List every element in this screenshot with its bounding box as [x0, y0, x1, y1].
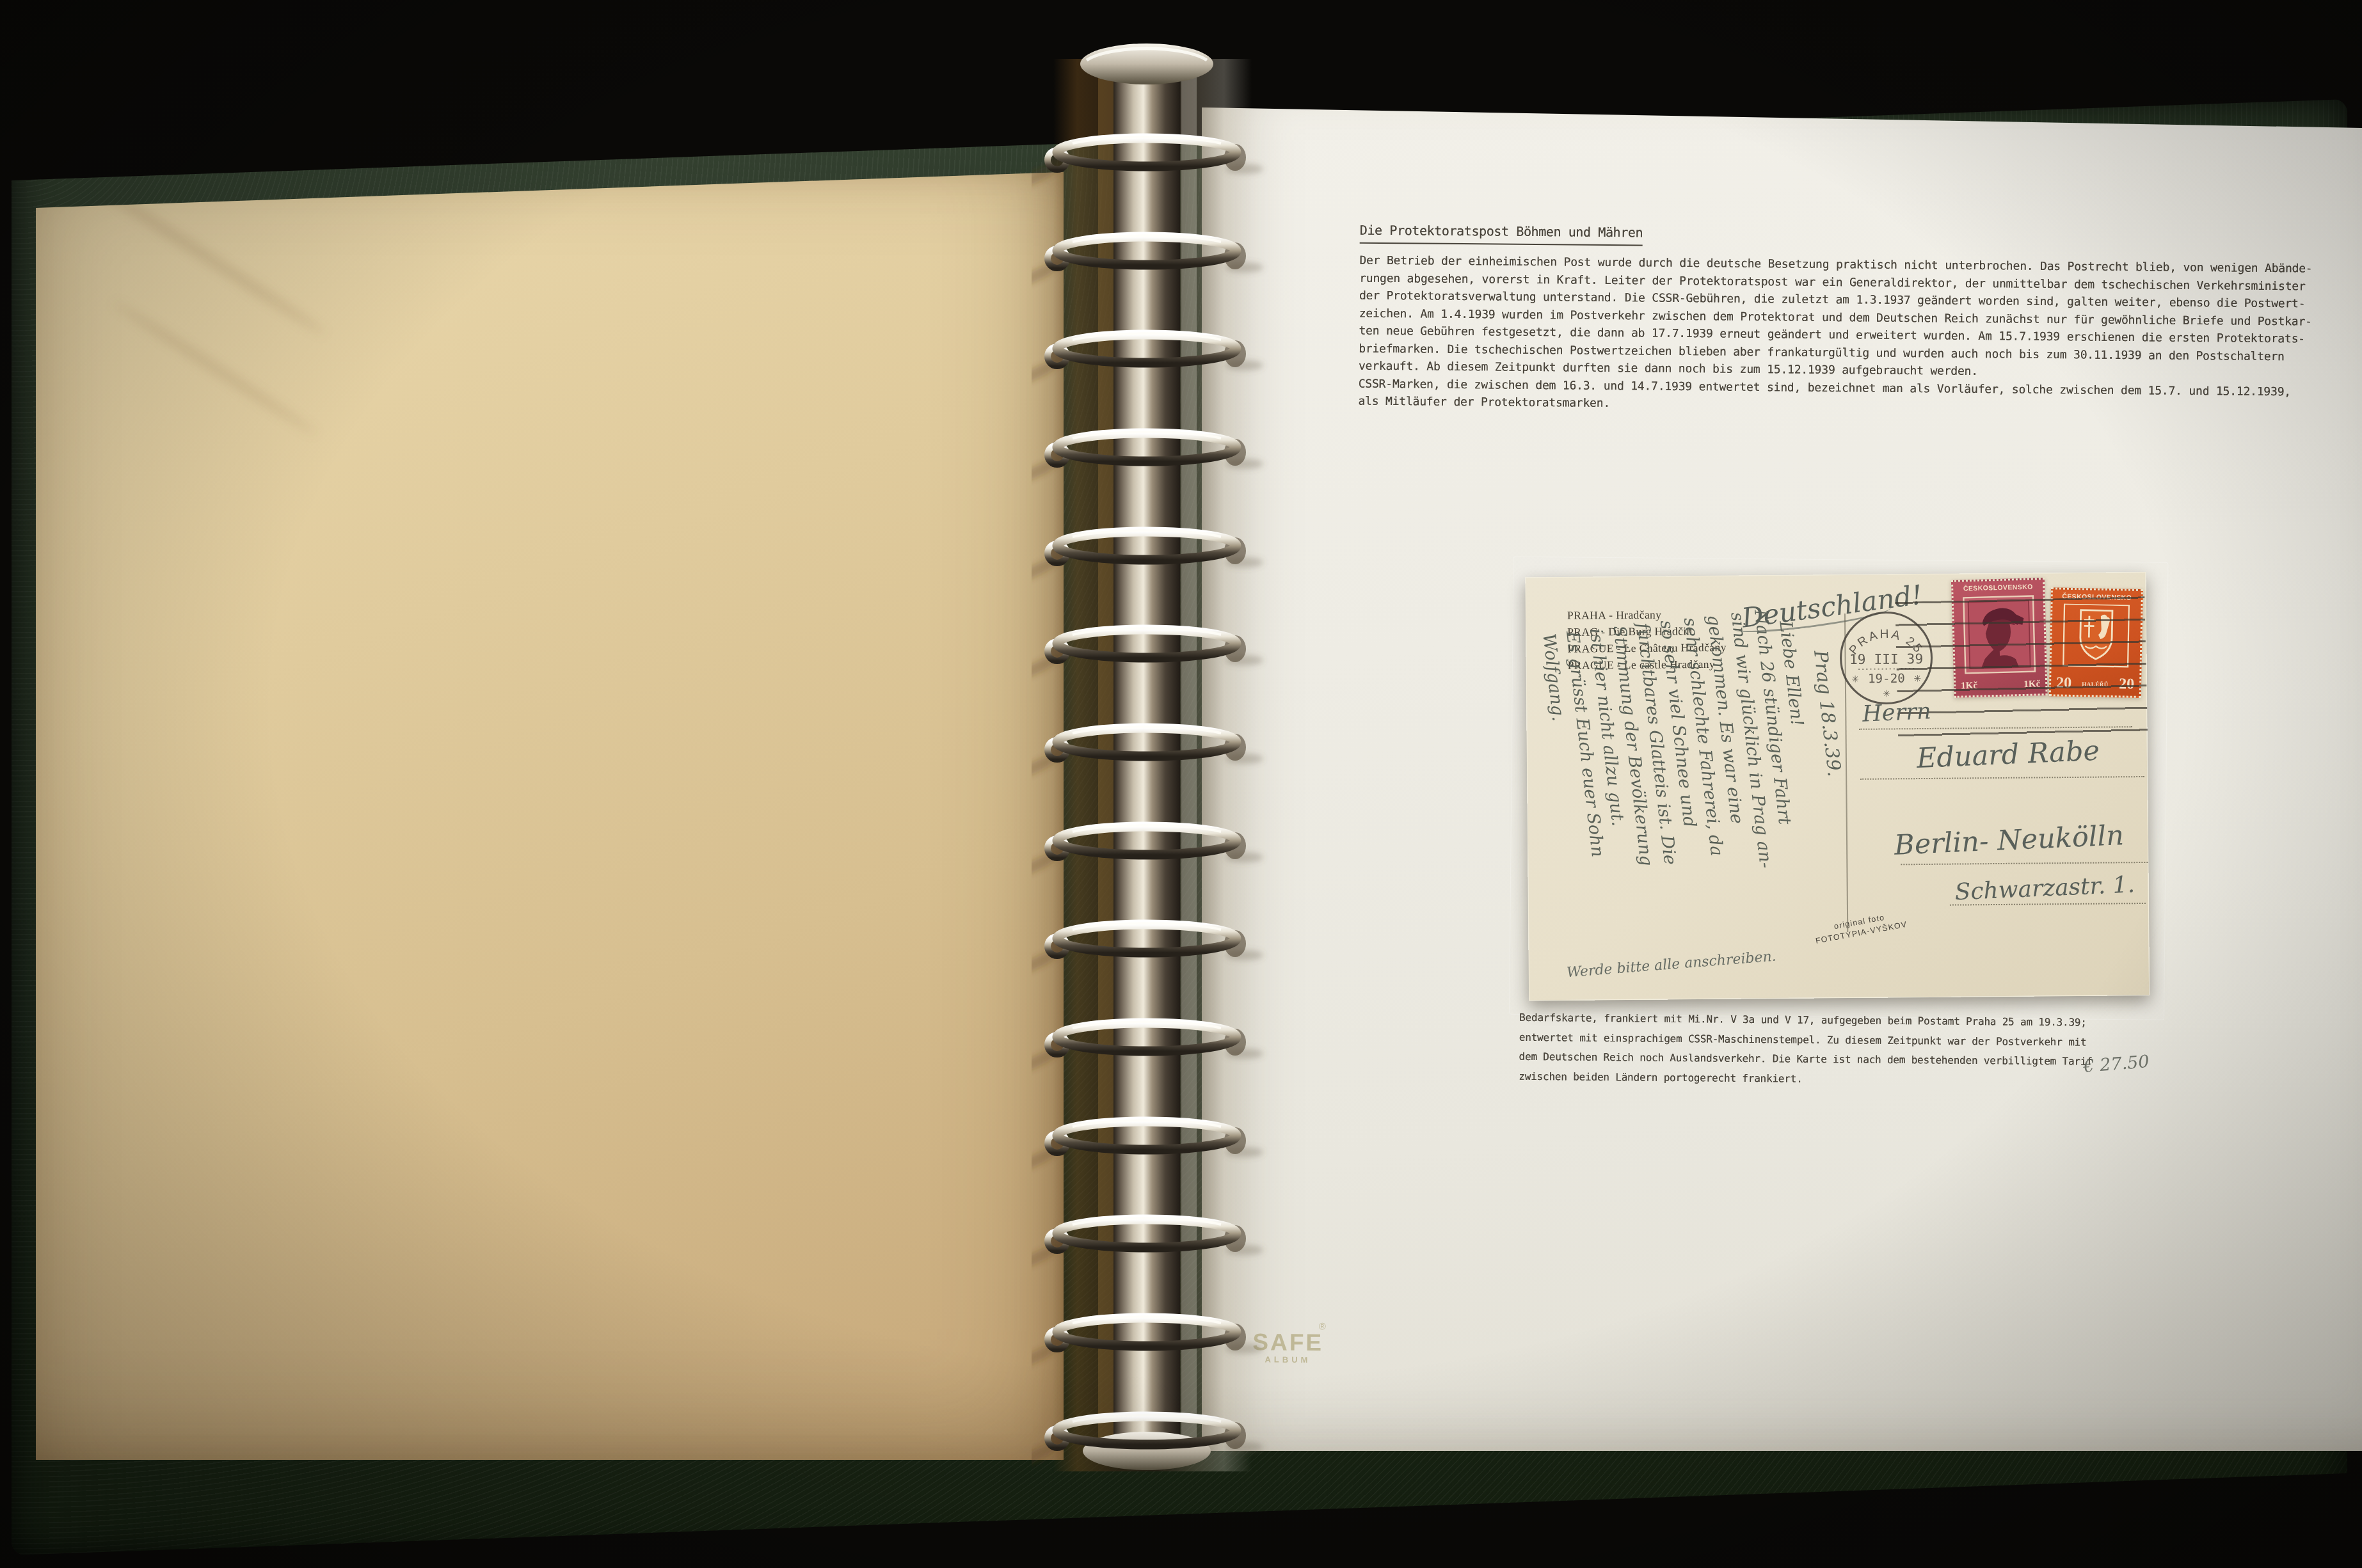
typed-paragraph: Der Betrieb der einheimischen Post wurde… [1358, 252, 2358, 419]
address-dotted-line [1860, 776, 2144, 780]
postmark-ornament-icon: ✳ [1851, 674, 1859, 685]
album-page-left [36, 172, 1064, 1460]
address-name: Eduard Rabe [1916, 735, 2100, 775]
address-salutation: Herrn [1862, 699, 1931, 727]
page-title: Die Protektoratspost Böhmen und Mähren [1360, 223, 1643, 246]
shadow-streak [111, 299, 319, 438]
address-dotted-line [1901, 862, 2148, 865]
postcard: PRAHA - Hradčany PRAG - Die Burg Hradčin… [1525, 572, 2150, 1001]
machine-cancel-lines [1895, 596, 2148, 738]
message-footnote: Werde bitte alle anschreiben. [1566, 949, 1776, 981]
binder-bottom-cap [1083, 1432, 1211, 1470]
address-street: Schwarzastr. 1. [1954, 871, 2135, 905]
stamp-country-label: ČESKOSLOVENSKO [1953, 583, 2043, 593]
postmark-ornament-icon: ✳ [1883, 689, 1890, 699]
address-city: Berlin- Neukölln [1894, 820, 2125, 862]
typed-caption: Bedarfskarte, frankiert mit Mi.Nr. V 3a … [1519, 1008, 2159, 1092]
postcard-message: Prag 18.3.39. Liebe Ellen! Nach 26 stünd… [1528, 602, 1863, 954]
ring-binder-mechanism [1032, 37, 1390, 1483]
photo-stage: Die Protektoratspost Böhmen und Mähren D… [0, 0, 2362, 1568]
